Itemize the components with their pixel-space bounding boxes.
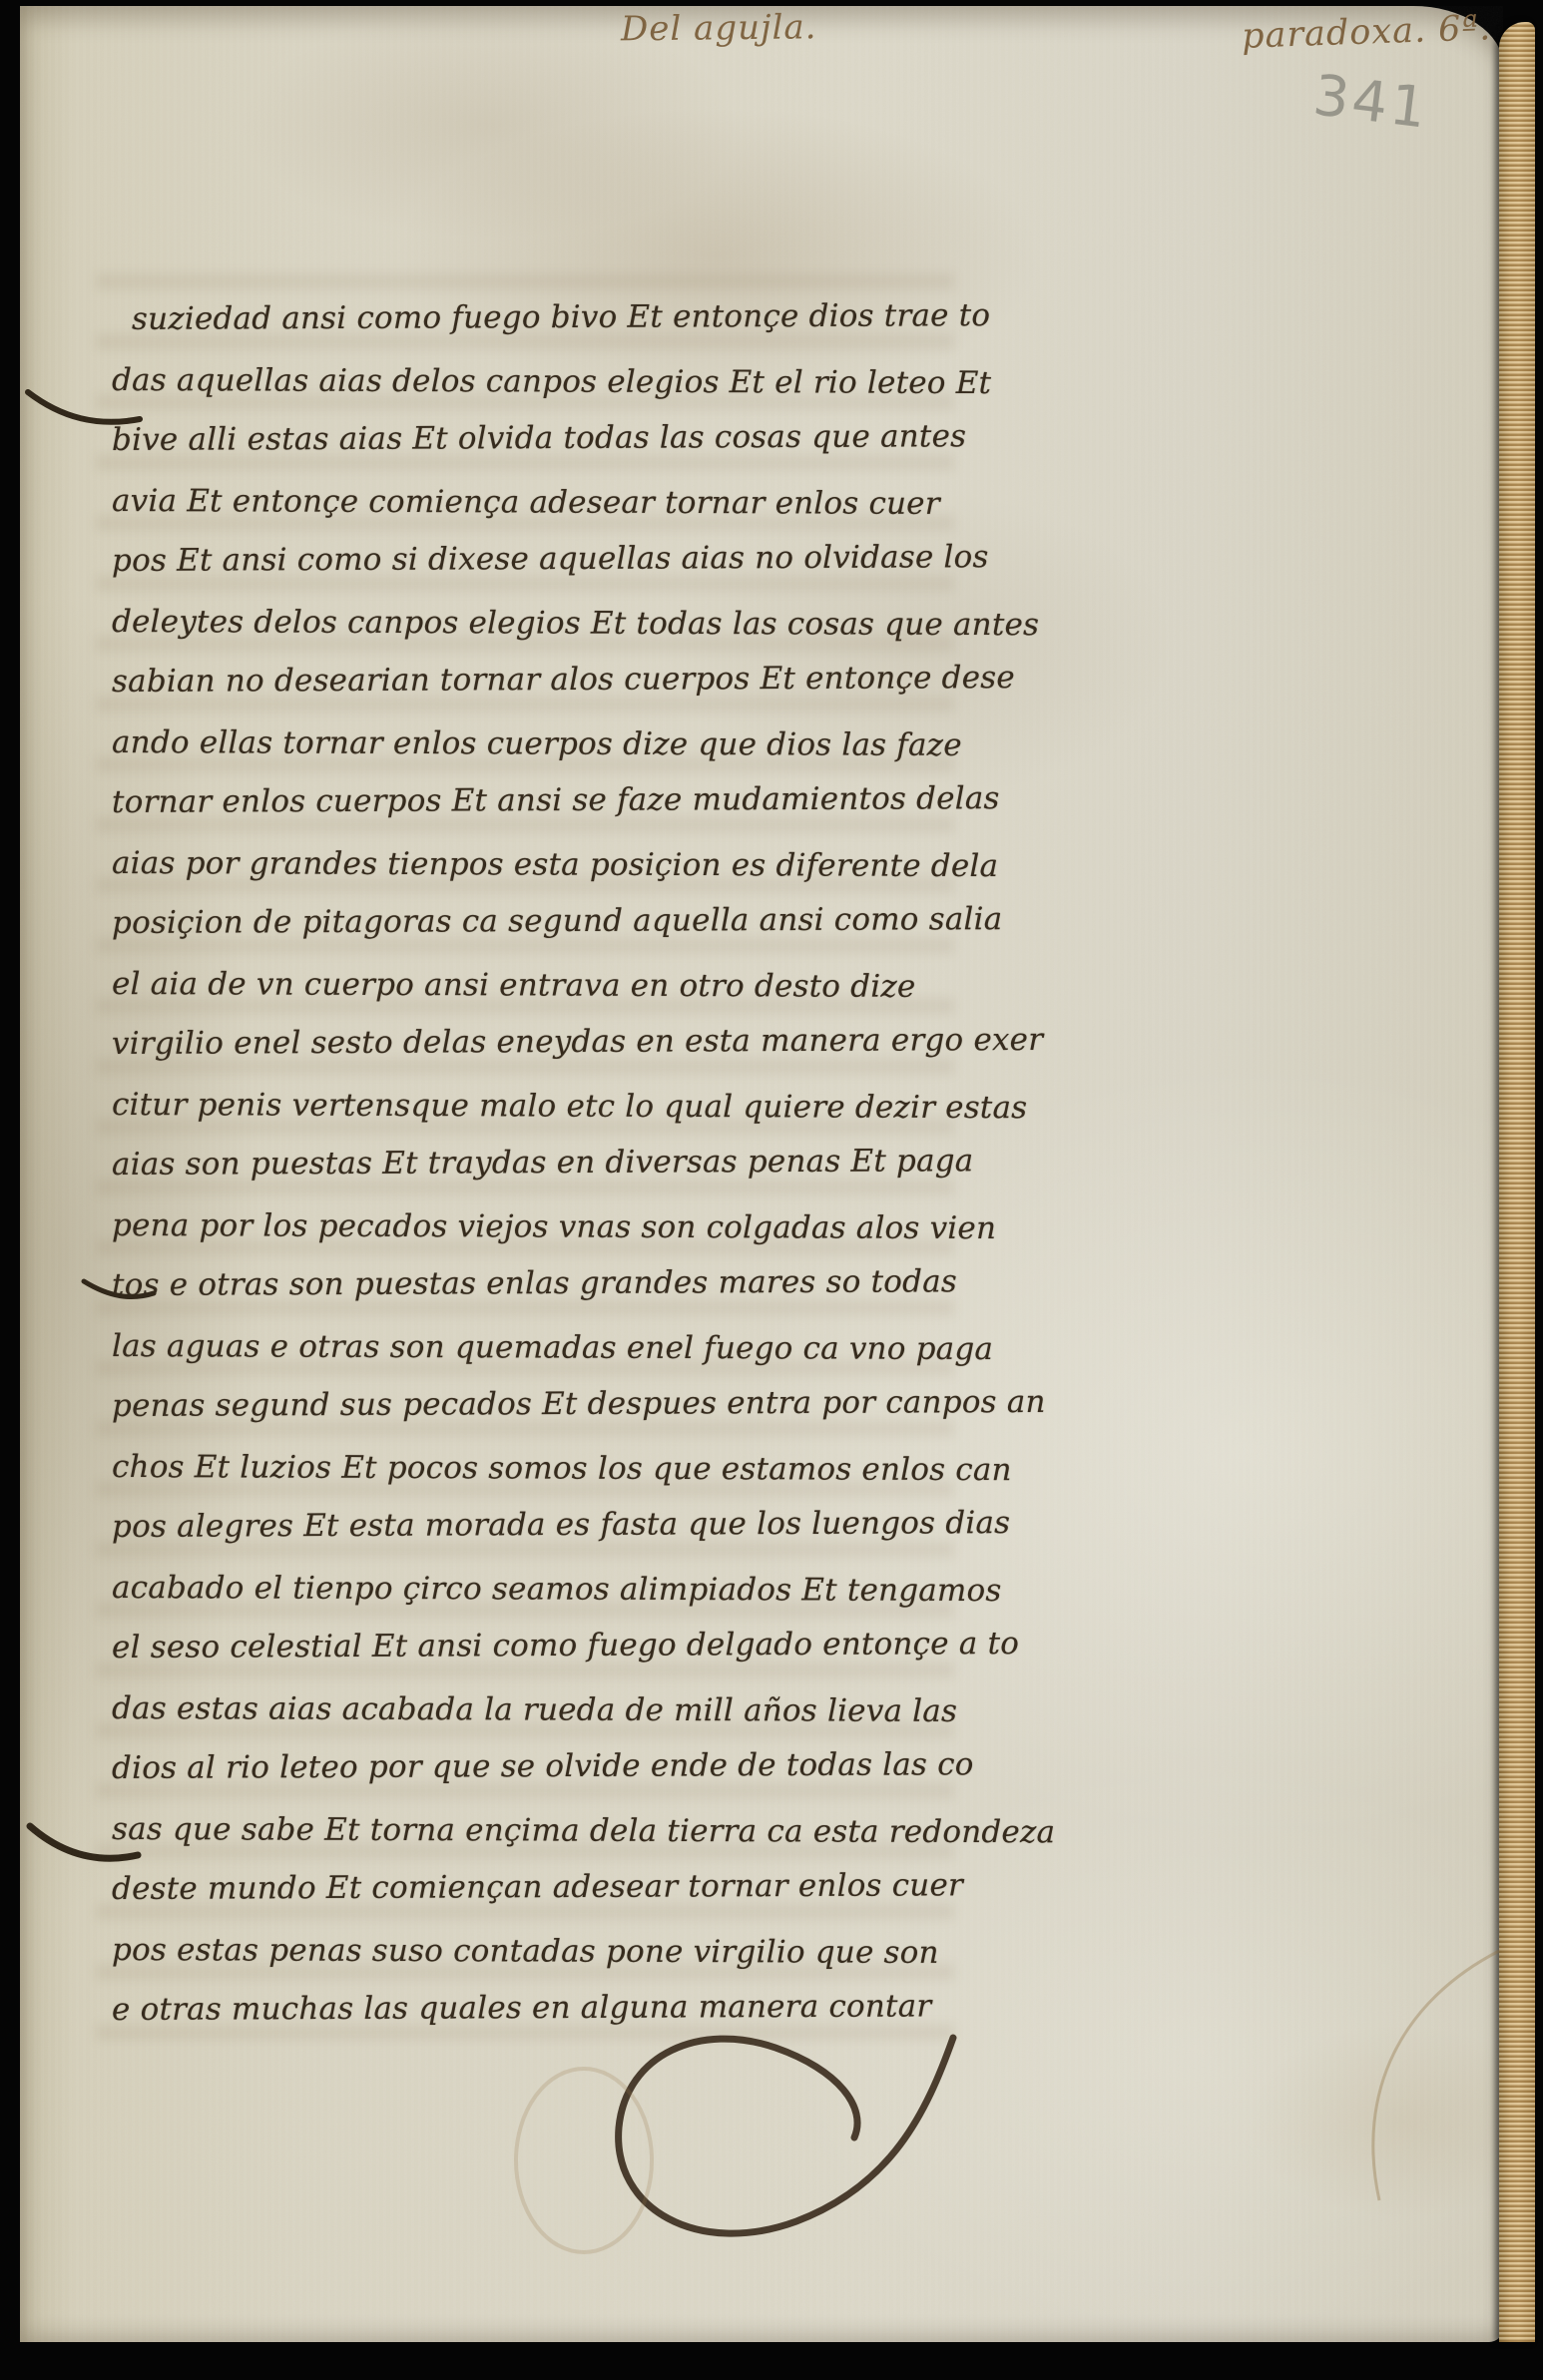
text-line: dios al rio leteo por que se olvide ende… [112,1734,922,1798]
text-line: bive alli estas aias Et olvida todas las… [112,406,922,470]
text-line: pos estas penas suso contadas pone virgi… [112,1920,922,1983]
book-fore-edge [1499,22,1535,2342]
text-line: penas segund sus pecados Et despues entr… [112,1372,922,1436]
text-line: las aguas e otras son quemadas enel fueg… [112,1316,922,1379]
text-line: aias por grandes tienpos esta posiçion e… [112,833,922,896]
photo-background: Del agujla. paradoxa. 6ª. 341 suziedad a… [0,0,1543,2380]
text-line: tornar enlos cuerpos Et ansi se faze mud… [112,768,922,832]
text-line: citur penis vertensque malo etc lo qual … [112,1075,922,1138]
text-line: tos e otras son puestas enlas grandes ma… [112,1251,922,1315]
text-line: das aquellas aias delos canpos elegios E… [112,350,922,413]
text-line: das estas aias acabada la rueda de mill … [112,1678,922,1741]
text-line: virgilio enel sesto delas eneydas en est… [112,1010,922,1074]
text-line: acabado el tienpo çirco seamos alimpiado… [112,1558,922,1621]
text-line: pena por los pecados viejos vnas son col… [112,1195,922,1258]
text-line: sabian no desearian tornar alos cuerpos … [112,648,922,712]
text-line: chos Et luzios Et pocos somos los que es… [112,1437,922,1500]
text-line: deleytes delos canpos elegios Et todas l… [112,592,922,655]
text-line: pos alegres Et esta morada es fasta que … [112,1493,922,1557]
text-line: avia Et entonçe comiença adesear tornar … [112,471,922,534]
text-line: e otras muchas las quales en alguna mane… [112,1976,922,2040]
text-line: el seso celestial Et ansi como fuego del… [112,1614,922,1677]
text-line: sas que sabe Et torna ençima dela tierra… [112,1799,922,1862]
text-line: posiçion de pitagoras ca segund aquella … [112,889,922,953]
text-line: el aia de vn cuerpo ansi entrava en otro… [112,954,922,1017]
running-title: Del agujla. [621,7,880,50]
text-line: deste mundo Et comiençan adesear tornar … [112,1855,922,1919]
text-line: suziedad ansi como fuego bivo Et entonçe… [112,285,922,349]
text-line: aias son puestas Et traydas en diversas … [112,1131,922,1194]
folio-number: 341 [1309,63,1432,142]
text-block: suziedad ansi como fuego bivo Et entonçe… [112,289,922,2041]
text-line: ando ellas tornar enlos cuerpos dize que… [112,713,922,775]
text-line: pos Et ansi como si dixese aquellas aias… [112,527,922,591]
